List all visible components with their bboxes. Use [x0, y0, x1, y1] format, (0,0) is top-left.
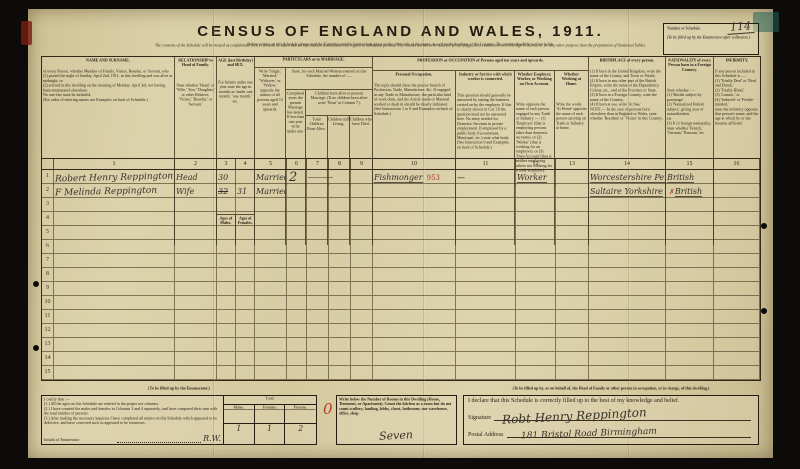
cell-c9 — [351, 366, 373, 379]
cell-ind — [456, 310, 516, 323]
punch-hole — [761, 223, 767, 229]
cell-rel — [175, 254, 217, 267]
totals-table: Total. Males. Females. Persons. 1 1 2 — [223, 396, 316, 444]
row-number: 12 — [42, 324, 54, 337]
cell-rel — [175, 240, 217, 253]
cell-m — [255, 338, 287, 351]
cell-am — [217, 254, 236, 267]
row-number: 8 — [42, 268, 54, 281]
cell-ym — [287, 352, 307, 365]
cell-occ — [373, 366, 456, 379]
cell-c9 — [351, 212, 373, 225]
cell-emp — [516, 226, 556, 239]
cell-c8 — [329, 170, 351, 185]
header-children-note: Children born alive to present Marriage.… — [306, 90, 372, 116]
instruction-line-2: The contents of the Schedule will be tre… — [41, 43, 760, 48]
cell-inf — [714, 240, 760, 253]
cell-af — [236, 338, 255, 351]
females-label: Females. — [255, 405, 285, 410]
initials-line — [117, 435, 201, 443]
persons-label: Persons. — [285, 405, 316, 410]
cell-bp: Saltaire Yorkshire — [589, 184, 666, 197]
table-row: 13 — [42, 338, 760, 352]
punch-hole — [33, 281, 39, 287]
cell-af — [236, 282, 255, 295]
table-row: 4 — [42, 212, 760, 226]
cell-occ — [373, 212, 456, 225]
cell-name — [54, 268, 175, 281]
cell-ym — [287, 240, 307, 253]
males-label: Males. — [224, 405, 254, 410]
cell-c9 — [351, 198, 373, 211]
cell-occ — [373, 352, 456, 365]
cell-ind: — — [456, 170, 516, 185]
cell-am — [217, 198, 236, 211]
cell-af — [236, 310, 255, 323]
cell-occ — [373, 198, 456, 211]
cell-home — [556, 310, 589, 323]
cell-bp — [589, 226, 666, 239]
cell-rel — [175, 310, 217, 323]
row-number: 4 — [42, 212, 54, 225]
cell-emp — [516, 240, 556, 253]
cell-m — [255, 296, 287, 309]
row-number: 13 — [42, 338, 54, 351]
address-label: Postal Address — [468, 432, 504, 438]
cell-ym — [287, 198, 307, 211]
persons-total: 2 — [285, 424, 316, 444]
cell-am: 32 — [217, 184, 236, 197]
row-number: 5 — [42, 226, 54, 239]
cell-bp: Worcestershire Pershore✗ — [589, 170, 666, 185]
census-photo: CENSUS OF ENGLAND AND WALES, 1911. Numbe… — [0, 0, 800, 469]
cell-ind — [456, 240, 516, 253]
cell-emp — [516, 212, 556, 225]
cell-m — [255, 198, 287, 211]
address-value: 181 Bristol Road Birmingham — [520, 427, 656, 442]
cell-m — [255, 226, 287, 239]
cell-c8 — [329, 282, 351, 295]
cell-emp — [516, 352, 556, 365]
cell-rel — [175, 198, 217, 211]
cell-name — [54, 226, 175, 239]
cell-bp — [589, 240, 666, 253]
cell-c7 — [307, 254, 329, 267]
cell-inf — [714, 212, 760, 225]
cell-emp — [516, 268, 556, 281]
cell-ym — [287, 338, 307, 351]
schedule-number-box: Number of Schedule. (To be filled up by … — [663, 23, 759, 55]
cell-ym — [287, 254, 307, 267]
cell-bp — [589, 198, 666, 211]
cell-nat — [666, 268, 714, 281]
corner-stamp — [21, 21, 32, 45]
cell-home — [556, 268, 589, 281]
table-row: 3 — [42, 198, 760, 212]
cell-ym — [287, 310, 307, 323]
rooms-box: Write below the Number of Rooms in this … — [336, 395, 457, 445]
cell-bp — [589, 324, 666, 337]
cell-m — [255, 282, 287, 295]
cell-name: Robert Henry Reppington — [54, 170, 175, 185]
cell-af — [236, 240, 255, 253]
cell-c9 — [351, 240, 373, 253]
cell-name — [54, 338, 175, 351]
cell-ym — [287, 212, 307, 225]
table-row: 12 — [42, 324, 760, 338]
cell-am — [217, 268, 236, 281]
cell-emp — [516, 338, 556, 351]
cell-home — [556, 352, 589, 365]
signature-label: Signature — [468, 415, 491, 421]
schedule-number-note: (To be filled up by the Enumerator after… — [667, 35, 755, 40]
census-table: NAME AND SURNAME. of every Person, wheth… — [41, 56, 761, 381]
rooms-value: Seven — [379, 428, 413, 443]
cell-emp — [516, 282, 556, 295]
cell-c9 — [351, 324, 373, 337]
females-total: 1 — [255, 424, 286, 444]
initials-signature: R.W. — [203, 434, 221, 443]
cell-c7 — [307, 366, 329, 379]
cell-c8 — [329, 198, 351, 211]
cell-c9 — [351, 296, 373, 309]
cell-name — [54, 366, 175, 379]
cell-occ: Fishmonger953 — [373, 170, 456, 185]
row-number: 11 — [42, 310, 54, 323]
cell-bp — [589, 338, 666, 351]
cell-ind — [456, 198, 516, 211]
cell-rel: Head — [175, 170, 217, 185]
cell-nat: ✗British — [666, 184, 714, 197]
cell-occ — [373, 268, 456, 281]
cell-c8 — [329, 324, 351, 337]
cell-home — [556, 198, 589, 211]
cell-c7 — [307, 338, 329, 351]
cell-inf — [714, 296, 760, 309]
cell-nat — [666, 282, 714, 295]
cell-af — [236, 352, 255, 365]
cell-emp — [516, 184, 556, 197]
cell-c9 — [351, 310, 373, 323]
cell-inf — [714, 338, 760, 351]
enumerator-red-mark: ✗ — [669, 188, 675, 196]
address-row: Postal Address 181 Bristol Road Birmingh… — [468, 427, 754, 438]
cell-occ — [373, 310, 456, 323]
cell-c9 — [351, 338, 373, 351]
cell-af — [236, 170, 255, 185]
cell-nat — [666, 198, 714, 211]
cell-home — [556, 296, 589, 309]
cell-ind — [456, 296, 516, 309]
cell-name — [54, 254, 175, 267]
cell-rel — [175, 366, 217, 379]
header-married-woman-note: State, for each Married Woman entered on… — [286, 68, 372, 90]
cell-c7 — [307, 324, 329, 337]
cell-nat — [666, 324, 714, 337]
cell-c7 — [307, 198, 329, 211]
cell-occ — [373, 282, 456, 295]
cell-inf — [714, 254, 760, 267]
cell-ind — [456, 366, 516, 379]
cell-bp — [589, 254, 666, 267]
cell-ym — [287, 324, 307, 337]
cell-m: Married — [255, 170, 287, 185]
cell-nat: British — [666, 170, 714, 185]
cell-inf — [714, 366, 760, 379]
cell-m: Married — [255, 184, 287, 197]
form-title: CENSUS OF ENGLAND AND WALES, 1911. — [41, 23, 760, 40]
census-form-paper: CENSUS OF ENGLAND AND WALES, 1911. Numbe… — [28, 9, 773, 458]
cell-home — [556, 254, 589, 267]
cell-ind — [456, 282, 516, 295]
cell-occ — [373, 240, 456, 253]
cell-c9 — [351, 226, 373, 239]
schedule-number-value: 114 — [727, 19, 755, 35]
cell-bp — [589, 296, 666, 309]
cell-bp — [589, 282, 666, 295]
address-line: 181 Bristol Road Birmingham — [507, 427, 751, 438]
cell-occ — [373, 296, 456, 309]
footer-section: (To be filled up by the Enumerator.) I c… — [41, 386, 759, 445]
row-number: 2 — [42, 184, 54, 197]
cell-c7 — [307, 296, 329, 309]
cell-c7 — [307, 268, 329, 281]
row-number: 14 — [42, 352, 54, 365]
cell-bp — [589, 366, 666, 379]
cell-home — [556, 338, 589, 351]
cell-occ — [373, 254, 456, 267]
table-row: 1Robert Henry ReppingtonHead30Married2——… — [42, 170, 760, 184]
cell-c7 — [307, 184, 329, 197]
cell-am — [217, 212, 236, 225]
cell-nat — [666, 212, 714, 225]
cell-ym — [287, 282, 307, 295]
cell-bp — [589, 212, 666, 225]
cell-c9 — [351, 268, 373, 281]
cell-c9 — [351, 184, 373, 197]
cell-af — [236, 296, 255, 309]
cell-c7 — [307, 352, 329, 365]
cell-bp — [589, 310, 666, 323]
cell-inf — [714, 310, 760, 323]
table-row: 6 — [42, 240, 760, 254]
cell-af — [236, 212, 255, 225]
rooms-section: 0 Write below the Number of Rooms in thi… — [323, 386, 457, 445]
row-number: 3 — [42, 198, 54, 211]
cell-c8 — [329, 212, 351, 225]
cell-name — [54, 324, 175, 337]
cell-am — [217, 296, 236, 309]
cell-c8 — [329, 240, 351, 253]
enumerator-heading: (To be filled up by the Enumerator.) — [41, 386, 317, 391]
cell-occ — [373, 184, 456, 197]
signature-row: Signature Robt Henry Reppington — [468, 410, 754, 421]
cell-emp — [516, 366, 556, 379]
cell-c7 — [307, 310, 329, 323]
cell-c8 — [329, 254, 351, 267]
cell-emp — [516, 296, 556, 309]
cell-rel — [175, 338, 217, 351]
row-number: 6 — [42, 240, 54, 253]
cell-home — [556, 240, 589, 253]
cell-emp — [516, 310, 556, 323]
cell-c7 — [307, 212, 329, 225]
cell-home — [556, 226, 589, 239]
cell-rel — [175, 226, 217, 239]
declaration-box: I declare that this Schedule is correctl… — [463, 395, 759, 445]
cell-ym — [287, 366, 307, 379]
cell-inf — [714, 184, 760, 197]
cell-name — [54, 310, 175, 323]
cell-am — [217, 226, 236, 239]
cell-nat — [666, 366, 714, 379]
cell-inf — [714, 282, 760, 295]
cell-ym — [287, 226, 307, 239]
cell-rel — [175, 212, 217, 225]
cell-ind — [456, 212, 516, 225]
cell-m — [255, 352, 287, 365]
cell-af — [236, 366, 255, 379]
cell-c7 — [307, 226, 329, 239]
cell-emp — [516, 324, 556, 337]
red-check-mark: 0 — [323, 400, 333, 418]
cell-occ — [373, 226, 456, 239]
cell-c8 — [329, 296, 351, 309]
enumerator-section: (To be filled up by the Enumerator.) I c… — [41, 386, 317, 445]
totals-label: Total. — [224, 396, 316, 401]
table-row: 2F Melinda ReppingtonWife3231MarriedSalt… — [42, 184, 760, 198]
cell-m — [255, 240, 287, 253]
cell-name — [54, 352, 175, 365]
cell-rel: Wife — [175, 184, 217, 197]
cell-home — [556, 324, 589, 337]
cell-home — [556, 170, 589, 185]
cell-c7: ——— — [307, 170, 329, 185]
cell-nat — [666, 254, 714, 267]
cell-c8 — [329, 338, 351, 351]
table-row: 8 — [42, 268, 760, 282]
cell-nat — [666, 338, 714, 351]
cell-ym: 2 — [287, 170, 307, 185]
cell-ym — [287, 184, 307, 197]
cell-ind — [456, 268, 516, 281]
cell-af — [236, 268, 255, 281]
row-number: 1 — [42, 170, 54, 185]
signature-line: Robt Henry Reppington — [494, 410, 751, 421]
cell-c8 — [329, 352, 351, 365]
enumerator-certificate: I certify that :— (1.) All the ages on t… — [42, 396, 223, 444]
cell-am: 30 — [217, 170, 236, 185]
cell-bp — [589, 352, 666, 365]
occupation-code: 953 — [427, 174, 440, 182]
cell-name: F Melinda Reppington — [54, 184, 175, 197]
table-row: 15 — [42, 366, 760, 380]
cell-am — [217, 310, 236, 323]
males-total: 1 — [224, 424, 255, 444]
cell-am — [217, 282, 236, 295]
cell-m — [255, 310, 287, 323]
cell-af — [236, 226, 255, 239]
cell-c8 — [329, 310, 351, 323]
cell-home — [556, 212, 589, 225]
rooms-instruction: Write below the Number of Rooms in this … — [339, 397, 454, 416]
cell-rel — [175, 296, 217, 309]
cell-ind — [456, 226, 516, 239]
cell-name — [54, 240, 175, 253]
cell-c9 — [351, 254, 373, 267]
cell-emp — [516, 254, 556, 267]
cell-nat — [666, 226, 714, 239]
cell-m — [255, 212, 287, 225]
cell-occ — [373, 338, 456, 351]
cell-inf — [714, 352, 760, 365]
cell-c8 — [329, 268, 351, 281]
table-row: 11 — [42, 310, 760, 324]
cell-c7 — [307, 240, 329, 253]
cell-c8 — [329, 366, 351, 379]
enumerator-box: I certify that :— (1.) All the ages on t… — [41, 395, 317, 445]
cell-home — [556, 282, 589, 295]
cell-rel — [175, 282, 217, 295]
declaration-text: I declare that this Schedule is correctl… — [468, 398, 754, 404]
cell-af — [236, 324, 255, 337]
cell-ind — [456, 352, 516, 365]
children-columns-dash: ——— — [308, 172, 332, 182]
cell-emp: Worker — [516, 170, 556, 185]
cell-m — [255, 254, 287, 267]
cell-c7 — [307, 282, 329, 295]
table-row: 14 — [42, 352, 760, 366]
cell-rel — [175, 352, 217, 365]
cell-af: 31 — [236, 184, 255, 197]
enumerator-initials: Initials of Enumerator R.W. — [44, 433, 221, 442]
cell-name — [54, 198, 175, 211]
row-number: 15 — [42, 366, 54, 379]
cell-ind — [456, 254, 516, 267]
declaration-section: (To be filled up by, or on behalf of, th… — [463, 386, 759, 445]
table-row: 9 — [42, 282, 760, 296]
cell-m — [255, 324, 287, 337]
cell-c9 — [351, 352, 373, 365]
row-number: 7 — [42, 254, 54, 267]
cell-ym — [287, 296, 307, 309]
cell-c9 — [351, 282, 373, 295]
cell-am — [217, 240, 236, 253]
cell-ind — [456, 338, 516, 351]
cell-ym — [287, 268, 307, 281]
cell-am — [217, 366, 236, 379]
declaration-heading: (To be filled up by, or on behalf of, th… — [463, 386, 759, 391]
row-number: 10 — [42, 296, 54, 309]
table-row: 5 — [42, 226, 760, 240]
cell-nat — [666, 240, 714, 253]
cell-am — [217, 352, 236, 365]
cell-af — [236, 198, 255, 211]
cell-inf — [714, 226, 760, 239]
cell-inf — [714, 198, 760, 211]
cell-nat — [666, 352, 714, 365]
signature-value: Robt Henry Reppington — [502, 405, 647, 427]
cell-nat — [666, 296, 714, 309]
cell-af — [236, 254, 255, 267]
cell-c9 — [351, 170, 373, 185]
row-number: 9 — [42, 282, 54, 295]
cell-am — [217, 338, 236, 351]
cell-inf — [714, 170, 760, 185]
cell-inf — [714, 324, 760, 337]
table-header: NAME AND SURNAME. of every Person, wheth… — [42, 57, 760, 159]
cell-ind — [456, 324, 516, 337]
